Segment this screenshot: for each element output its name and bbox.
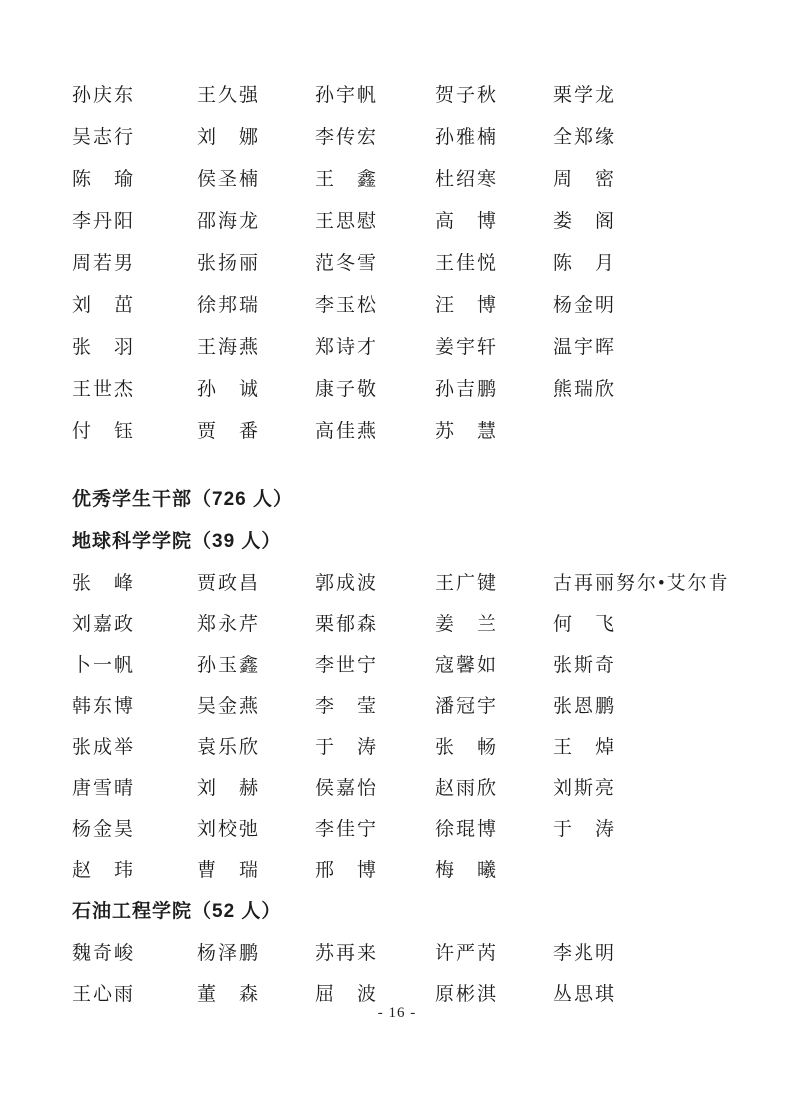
person-name: 李 莹	[315, 696, 435, 737]
name-list-earth-science: 张 峰 贾政昌 郭成波 王广键 古再丽努尔•艾尔肯 刘嘉政 郑永芹 栗郁森 姜 …	[72, 573, 737, 901]
name-row: 张成举 袁乐欣 于 涛 张 畅 王 焯	[72, 737, 737, 778]
page-content: 孙庆东 王久强 孙宇帆 贺子秋 栗学龙 吴志行 刘 娜 李传宏 孙雅楠 全郑缘 …	[72, 85, 737, 1025]
person-name: 唐雪晴	[72, 778, 197, 819]
name-row: 吴志行 刘 娜 李传宏 孙雅楠 全郑缘	[72, 127, 737, 169]
person-name: 王广键	[435, 573, 553, 614]
person-name: 周 密	[553, 169, 737, 211]
person-name: 李玉松	[315, 295, 435, 337]
name-row: 卜一帆 孙玉鑫 李世宁 寇馨如 张斯奇	[72, 655, 737, 696]
person-name: 刘 赫	[197, 778, 315, 819]
name-row: 唐雪晴 刘 赫 侯嘉怡 赵雨欣 刘斯亮	[72, 778, 737, 819]
person-name: 熊瑞欣	[553, 379, 737, 421]
person-name: 贾政昌	[197, 573, 315, 614]
person-name: 刘斯亮	[553, 778, 737, 819]
name-row: 孙庆东 王久强 孙宇帆 贺子秋 栗学龙	[72, 85, 737, 127]
person-name: 李丹阳	[72, 211, 197, 253]
person-name: 赵雨欣	[435, 778, 553, 819]
person-name: 王 焯	[553, 737, 737, 778]
person-name: 张扬丽	[197, 253, 315, 295]
person-name: 高 博	[435, 211, 553, 253]
person-name: 李佳宁	[315, 819, 435, 860]
person-name: 魏奇峻	[72, 943, 197, 984]
person-name: 李世宁	[315, 655, 435, 696]
person-name: 吴志行	[72, 127, 197, 169]
person-name: 邢 博	[315, 860, 435, 901]
person-name: 姜宇轩	[435, 337, 553, 379]
person-name: 潘冠宇	[435, 696, 553, 737]
person-name: 栗学龙	[553, 85, 737, 127]
award-category-heading: 优秀学生干部（726 人）	[72, 489, 737, 531]
page-number: - 16 -	[0, 1005, 794, 1022]
person-name: 郑永芹	[197, 614, 315, 655]
person-name: 苏再来	[315, 943, 435, 984]
name-row: 周若男 张扬丽 范冬雪 王佳悦 陈 月	[72, 253, 737, 295]
college-heading-earth-science: 地球科学学院（39 人）	[72, 531, 737, 573]
person-name: 郭成波	[315, 573, 435, 614]
person-name: 侯圣楠	[197, 169, 315, 211]
person-name: 徐琨博	[435, 819, 553, 860]
name-row: 陈 瑜 侯圣楠 王 鑫 杜绍寒 周 密	[72, 169, 737, 211]
person-name: 刘校弛	[197, 819, 315, 860]
person-name: 孙吉鹏	[435, 379, 553, 421]
person-name: 王思慰	[315, 211, 435, 253]
person-name: 贾 番	[197, 421, 315, 463]
person-name: 陈 月	[553, 253, 737, 295]
person-name: 刘 娜	[197, 127, 315, 169]
person-name: 于 涛	[553, 819, 737, 860]
person-name: 温宇晖	[553, 337, 737, 379]
person-name: 王 鑫	[315, 169, 435, 211]
person-name: 刘 茁	[72, 295, 197, 337]
name-row: 王世杰 孙 诚 康子敬 孙吉鹏 熊瑞欣	[72, 379, 737, 421]
name-row: 刘 茁 徐邦瑞 李玉松 汪 博 杨金明	[72, 295, 737, 337]
person-name: 高佳燕	[315, 421, 435, 463]
person-name: 张 峰	[72, 573, 197, 614]
person-name: 张斯奇	[553, 655, 737, 696]
name-list-continued: 孙庆东 王久强 孙宇帆 贺子秋 栗学龙 吴志行 刘 娜 李传宏 孙雅楠 全郑缘 …	[72, 85, 737, 463]
person-name: 卜一帆	[72, 655, 197, 696]
name-row: 杨金昊 刘校弛 李佳宁 徐琨博 于 涛	[72, 819, 737, 860]
person-name: 苏 慧	[435, 421, 553, 463]
person-name: 曹 瑞	[197, 860, 315, 901]
person-name: 吴金燕	[197, 696, 315, 737]
name-row: 张 羽 王海燕 郑诗才 姜宇轩 温宇晖	[72, 337, 737, 379]
person-name: 侯嘉怡	[315, 778, 435, 819]
person-name: 孙宇帆	[315, 85, 435, 127]
person-name: 王久强	[197, 85, 315, 127]
person-name: 何 飞	[553, 614, 737, 655]
person-name: 刘嘉政	[72, 614, 197, 655]
person-name: 张 羽	[72, 337, 197, 379]
name-row: 李丹阳 邵海龙 王思慰 高 博 娄 阁	[72, 211, 737, 253]
person-name: 孙 诚	[197, 379, 315, 421]
person-name: 娄 阁	[553, 211, 737, 253]
person-name: 周若男	[72, 253, 197, 295]
name-row: 韩东博 吴金燕 李 莹 潘冠宇 张恩鹏	[72, 696, 737, 737]
person-name: 杜绍寒	[435, 169, 553, 211]
person-name: 韩东博	[72, 696, 197, 737]
name-row: 张 峰 贾政昌 郭成波 王广键 古再丽努尔•艾尔肯	[72, 573, 737, 614]
person-name: 杨泽鹏	[197, 943, 315, 984]
person-name: 王海燕	[197, 337, 315, 379]
person-name: 孙玉鑫	[197, 655, 315, 696]
person-name: 陈 瑜	[72, 169, 197, 211]
person-name: 王佳悦	[435, 253, 553, 295]
college-heading-petroleum: 石油工程学院（52 人）	[72, 901, 737, 943]
person-name: 范冬雪	[315, 253, 435, 295]
name-row: 刘嘉政 郑永芹 栗郁森 姜 兰 何 飞	[72, 614, 737, 655]
person-name: 于 涛	[315, 737, 435, 778]
person-name: 古再丽努尔•艾尔肯	[553, 573, 737, 614]
person-name: 姜 兰	[435, 614, 553, 655]
person-name: 张成举	[72, 737, 197, 778]
person-name: 全郑缘	[553, 127, 737, 169]
person-name: 徐邦瑞	[197, 295, 315, 337]
person-name: 郑诗才	[315, 337, 435, 379]
person-name: 栗郁森	[315, 614, 435, 655]
person-name: 杨金明	[553, 295, 737, 337]
person-name: 杨金昊	[72, 819, 197, 860]
name-row: 付 钰 贾 番 高佳燕 苏 慧	[72, 421, 737, 463]
person-name: 张恩鹏	[553, 696, 737, 737]
person-name: 康子敬	[315, 379, 435, 421]
person-name: 孙雅楠	[435, 127, 553, 169]
person-name: 寇馨如	[435, 655, 553, 696]
name-row: 赵 玮 曹 瑞 邢 博 梅 曦	[72, 860, 737, 901]
person-name: 张 畅	[435, 737, 553, 778]
person-name: 许严芮	[435, 943, 553, 984]
person-name: 李传宏	[315, 127, 435, 169]
person-name: 孙庆东	[72, 85, 197, 127]
person-name: 邵海龙	[197, 211, 315, 253]
person-name: 袁乐欣	[197, 737, 315, 778]
person-name: 李兆明	[553, 943, 737, 984]
document-page: 孙庆东 王久强 孙宇帆 贺子秋 栗学龙 吴志行 刘 娜 李传宏 孙雅楠 全郑缘 …	[0, 0, 794, 1093]
person-name: 梅 曦	[435, 860, 553, 901]
name-row: 魏奇峻 杨泽鹏 苏再来 许严芮 李兆明	[72, 943, 737, 984]
person-name: 赵 玮	[72, 860, 197, 901]
person-name: 汪 博	[435, 295, 553, 337]
person-name: 付 钰	[72, 421, 197, 463]
person-name: 贺子秋	[435, 85, 553, 127]
person-name: 王世杰	[72, 379, 197, 421]
